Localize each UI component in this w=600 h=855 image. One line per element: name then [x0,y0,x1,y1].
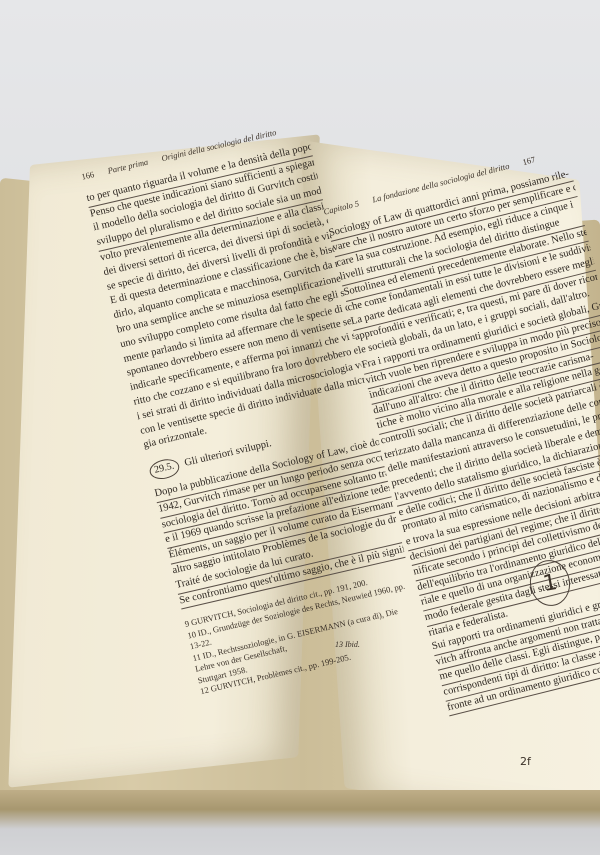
open-book: 166 Parte prima Origini della sociologia… [0,0,600,855]
left-page-number: 166 [80,167,96,184]
section-number: 29.5. [148,457,181,482]
book-bottom-edge [0,790,600,855]
right-footnote: 13 Ibid. [335,640,360,649]
handwritten-edge-note: 2f [520,755,531,768]
right-page-number: 167 [521,152,537,169]
